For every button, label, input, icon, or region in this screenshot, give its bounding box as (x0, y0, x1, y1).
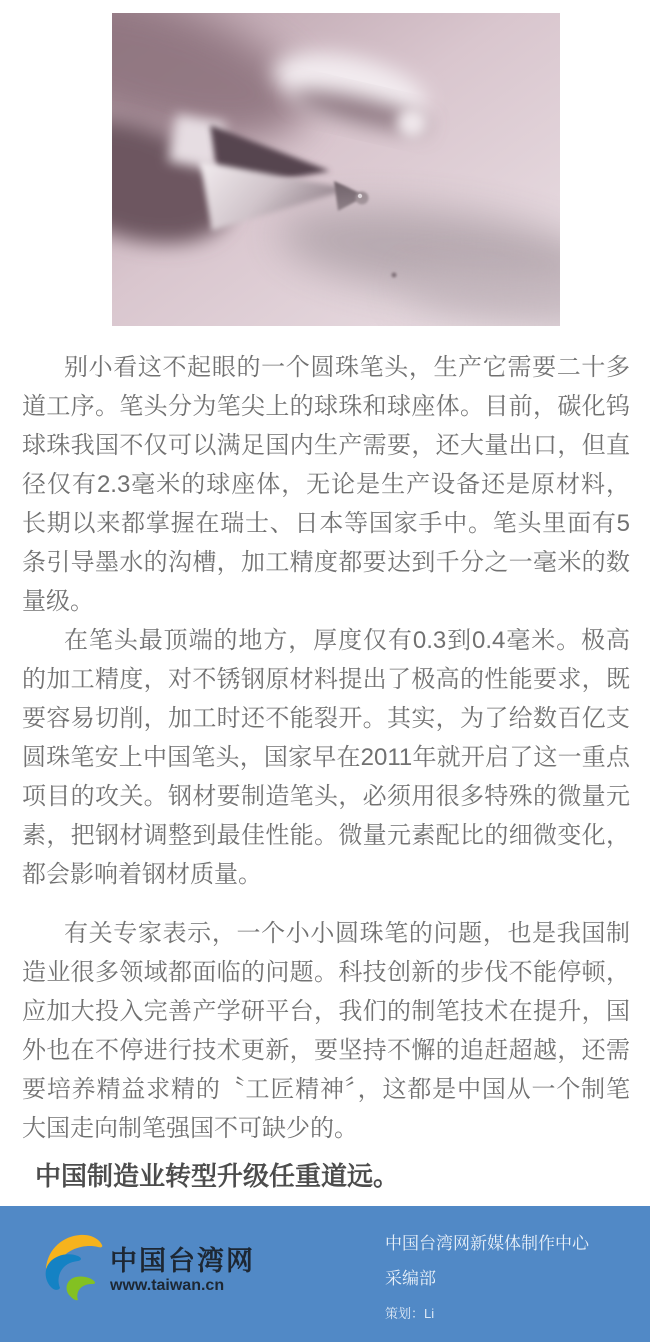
article-page: 别小看这不起眼的一个圆珠笔头，生产它需要二十多道工序。笔头分为笔尖上的球珠和球座… (0, 0, 650, 1342)
article-body: 别小看这不起眼的一个圆珠笔头，生产它需要二十多道工序。笔头分为笔尖上的球珠和球座… (22, 348, 630, 1274)
taiwan-net-logo: 中国台湾网 www.taiwan.cn (42, 1232, 255, 1302)
back-pen-tip-glint (397, 108, 427, 138)
taiwan-net-logo-text: 中国台湾网 www.taiwan.cn (110, 1246, 255, 1295)
credit-editorial-dept: 采编部 (385, 1269, 589, 1289)
footer-credits: 中国台湾网新媒体制作中心 采编部 策划：Li (385, 1234, 589, 1322)
taiwan-net-logo-name: 中国台湾网 (110, 1246, 255, 1276)
pen-tip-ball-highlight (358, 194, 362, 198)
credit-production-center: 中国台湾网新媒体制作中心 (385, 1234, 589, 1254)
taiwan-net-logo-url: www.taiwan.cn (110, 1276, 255, 1295)
credit-producer: 策划：Li (385, 1306, 589, 1322)
pen-tip-ball (356, 192, 369, 205)
hero-image[interactable] (112, 13, 560, 326)
paper-speck (392, 273, 397, 278)
footer-bar: 中国台湾网 www.taiwan.cn 中国台湾网新媒体制作中心 采编部 策划：… (0, 1206, 650, 1342)
swoosh-green (67, 1277, 95, 1301)
paragraph-1: 别小看这不起眼的一个圆珠笔头，生产它需要二十多道工序。笔头分为笔尖上的球珠和球座… (22, 348, 630, 621)
paragraph-3: 有关专家表示，一个小小圆珠笔的问题，也是我国制造业很多领域都面临的问题。科技创新… (22, 914, 630, 1148)
taiwan-net-swoosh-icon (42, 1232, 106, 1302)
paragraph-2: 在笔头最顶端的地方，厚度仅有0.3到0.4毫米。极高的加工精度，对不锈钢原材料提… (22, 621, 630, 894)
highlight-sentence: 中国制造业转型升级任重道远。 (35, 1160, 630, 1192)
